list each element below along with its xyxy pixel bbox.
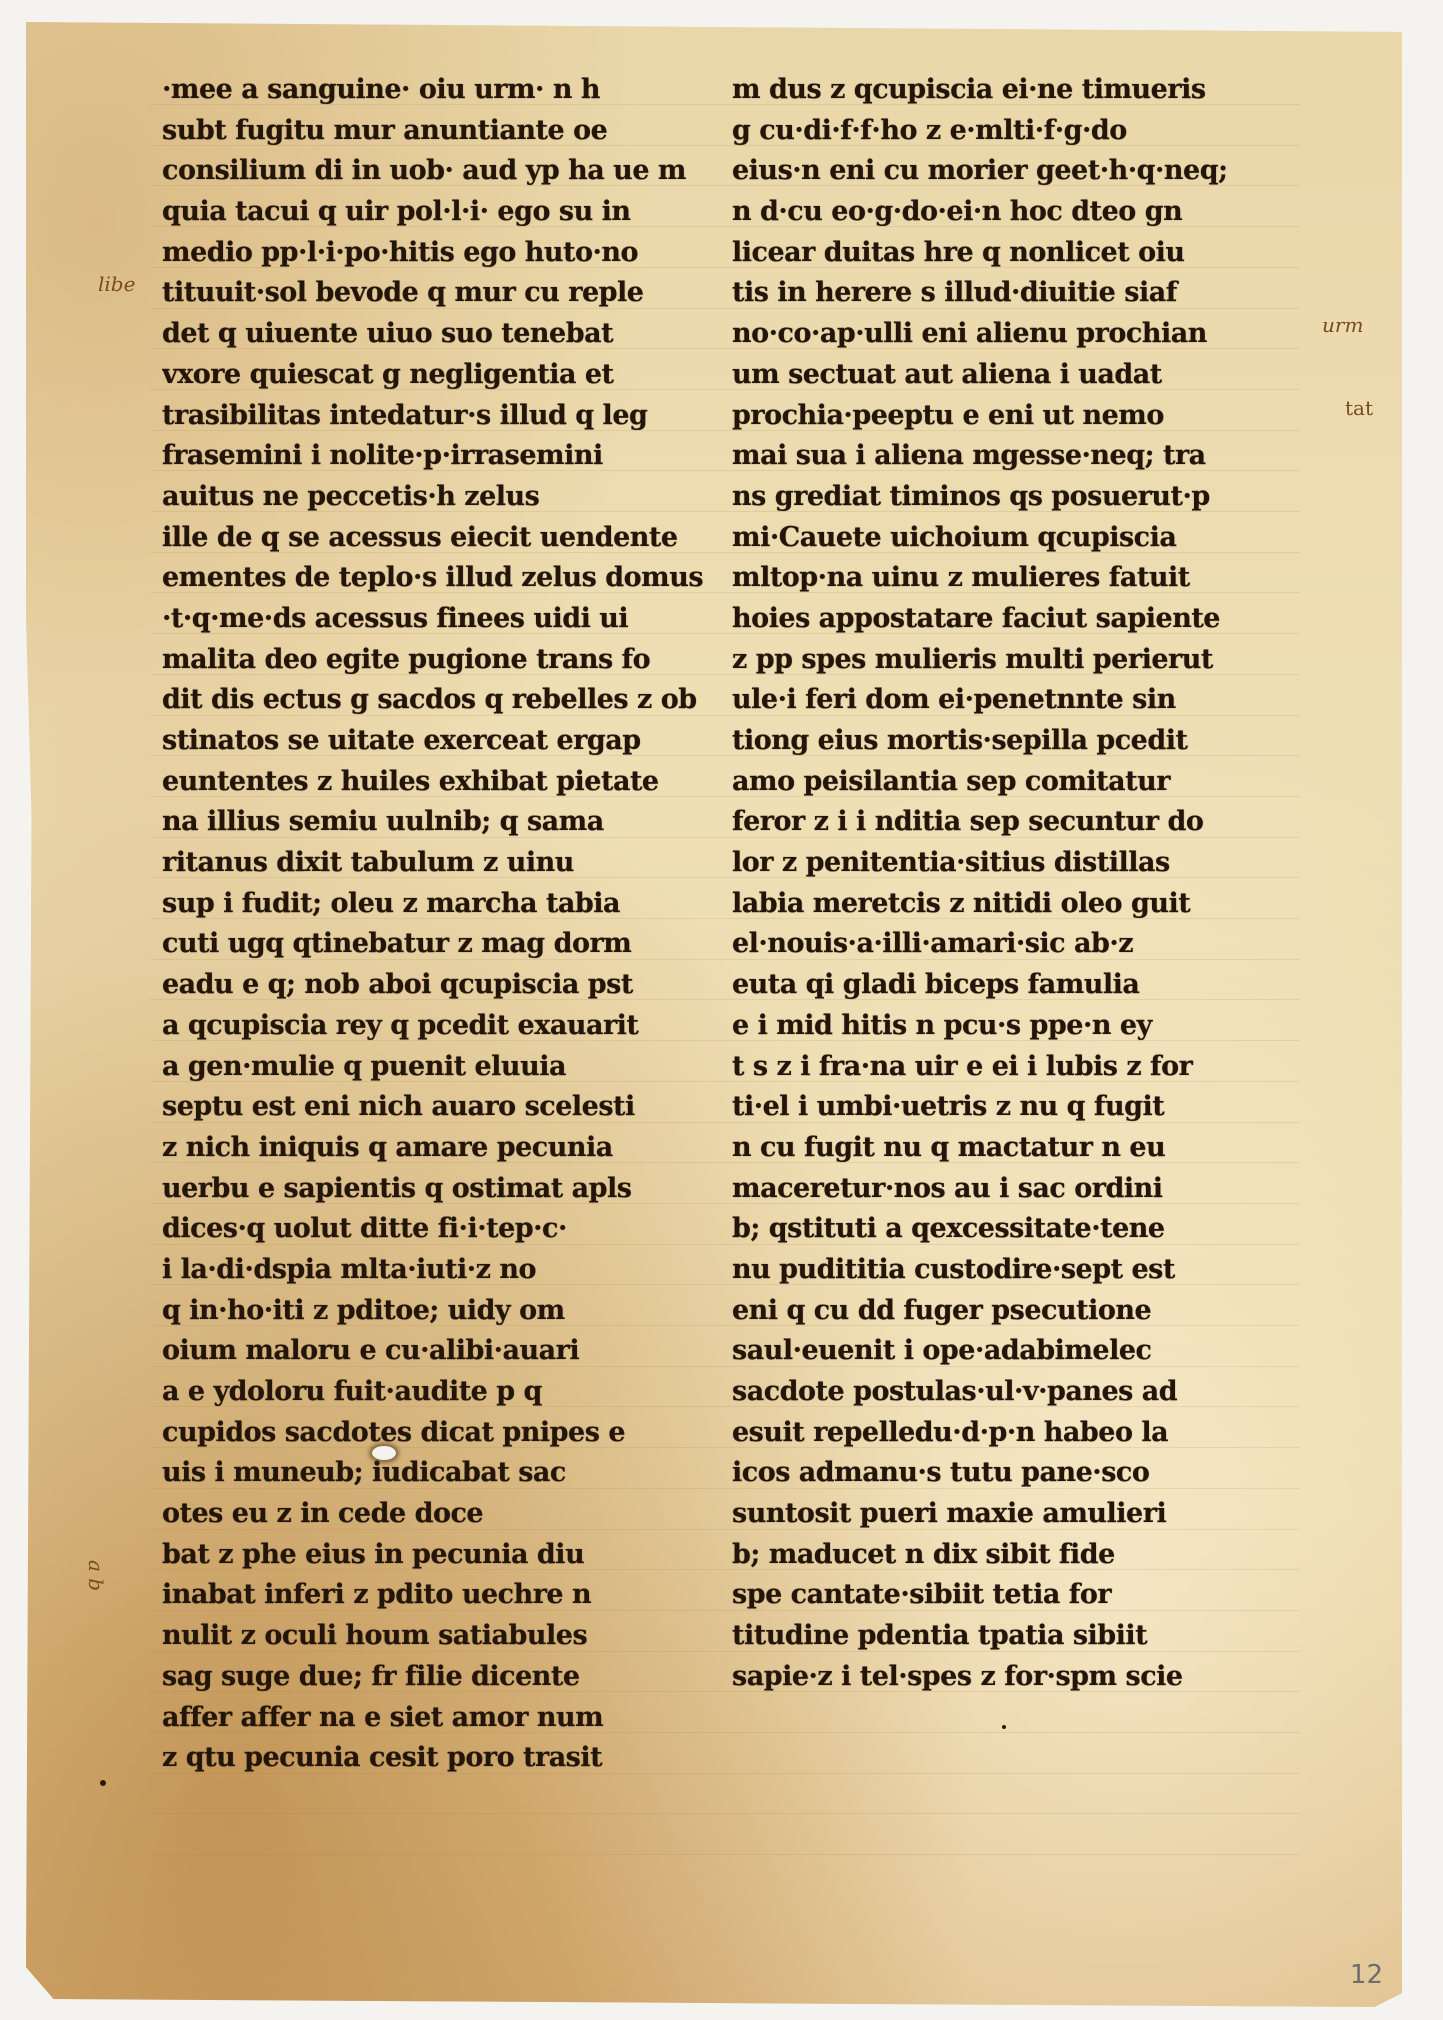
manuscript-line: icos admanu·s tutu pane·sco — [732, 1453, 1312, 1494]
manuscript-line: subt fugitu mur anuntiante oe — [162, 111, 722, 152]
ink-dot — [100, 1780, 106, 1786]
manuscript-line: sacdote postulas·ul·v·panes ad — [732, 1372, 1312, 1413]
manuscript-line: na illius semiu uulnib; q sama — [162, 802, 722, 843]
manuscript-line: b; qstituti a qexcessitate·tene — [732, 1209, 1312, 1250]
manuscript-line: sapie·z i tel·spes z for·spm scie — [732, 1657, 1312, 1698]
manuscript-line: mi·Cauete uichoium qcupiscia — [732, 518, 1312, 559]
manuscript-line: stinatos se uitate exerceat ergap — [162, 721, 722, 762]
manuscript-line: septu est eni nich auaro scelesti — [162, 1087, 722, 1128]
manuscript-line: inabat inferi z pdito uechre n — [162, 1575, 722, 1616]
manuscript-line: frasemini i nolite·p·irrasemini — [162, 436, 722, 477]
manuscript-line: ille de q se acessus eiecit uendente — [162, 518, 722, 559]
manuscript-line: licear duitas hre q nonlicet oiu — [732, 233, 1312, 274]
manuscript-line: bat z phe eius in pecunia diu — [162, 1535, 722, 1576]
manuscript-line: tituuit·sol bevode q mur cu reple — [162, 273, 722, 314]
manuscript-line: uis i muneub; iudicabat sac — [162, 1453, 722, 1494]
ink-dot — [1002, 1725, 1006, 1729]
manuscript-line: euntentes z huiles exhibat pietate — [162, 762, 722, 803]
manuscript-line: spe cantate·sibiit tetia for — [732, 1575, 1312, 1616]
manuscript-line: i la·di·dspia mlta·iuti·z no — [162, 1250, 722, 1291]
manuscript-line: lor z penitentia·sitius distillas — [732, 843, 1312, 884]
manuscript-line: el·nouis·a·illi·amari·sic ab·z — [732, 924, 1312, 965]
manuscript-line: saul·euenit i ope·adabimelec — [732, 1331, 1312, 1372]
manuscript-line: sup i fudit; oleu z marcha tabia — [162, 884, 722, 925]
manuscript-line: tiong eius mortis·sepilla pcedit — [732, 721, 1312, 762]
manuscript-line: maceretur·nos au i sac ordini — [732, 1169, 1312, 1210]
manuscript-line: labia meretcis z nitidi oleo guit — [732, 884, 1312, 925]
manuscript-line: eadu e q; nob aboi qcupiscia pst — [162, 965, 722, 1006]
manuscript-line: z qtu pecunia cesit poro trasit — [162, 1738, 722, 1779]
manuscript-line: quia tacui q uir pol·l·i· ego su in — [162, 192, 722, 233]
parchment-hole — [372, 1446, 396, 1460]
manuscript-line: hoies appostatare faciut sapiente — [732, 599, 1312, 640]
ruling-line — [150, 1813, 1300, 1814]
manuscript-line: z pp spes mulieris multi perierut — [732, 640, 1312, 681]
manuscript-line: cupidos sacdotes dicat pnipes e — [162, 1413, 722, 1454]
manuscript-line: z nich iniquis q amare pecunia — [162, 1128, 722, 1169]
manuscript-line: ule·i feri dom ei·penetnnte sin — [732, 680, 1312, 721]
manuscript-line: ·mee a sanguine· oiu urm· n h — [162, 70, 722, 111]
manuscript-line: consilium di in uob· aud yp ha ue m — [162, 151, 722, 192]
manuscript-line: n d·cu eo·g·do·ei·n hoc dteo gn — [732, 192, 1312, 233]
manuscript-line: a gen·mulie q puenit eluuia — [162, 1047, 722, 1088]
manuscript-line: uerbu e sapientis q ostimat apls — [162, 1169, 722, 1210]
manuscript-line: g cu·di·f·f·ho z e·mlti·f·g·do — [732, 111, 1312, 152]
manuscript-line: dit dis ectus g sacdos q rebelles z ob — [162, 680, 722, 721]
manuscript-line: eni q cu dd fuger psecutione — [732, 1291, 1312, 1332]
manuscript-line: a e ydoloru fuit·audite p q — [162, 1372, 722, 1413]
marginal-note-left-lower: a b — [84, 1560, 108, 1591]
text-column-left: ·mee a sanguine· oiu urm· n hsubt fugitu… — [162, 70, 722, 1779]
manuscript-line: dices·q uolut ditte fi·i·tep·c· — [162, 1209, 722, 1250]
text-column-right: m dus z qcupiscia ei·ne timuerisg cu·di·… — [732, 70, 1312, 1698]
manuscript-line: ·t·q·me·ds acessus finees uidi ui — [162, 599, 722, 640]
manuscript-line: medio pp·l·i·po·hitis ego huto·no — [162, 233, 722, 274]
manuscript-line: euta qi gladi biceps famulia — [732, 965, 1312, 1006]
manuscript-line: b; maducet n dix sibit fide — [732, 1535, 1312, 1576]
manuscript-line: a qcupiscia rey q pcedit exauarit — [162, 1006, 722, 1047]
manuscript-line: det q uiuente uiuo suo tenebat — [162, 314, 722, 355]
manuscript-line: q in·ho·iti z pditoe; uidy om — [162, 1291, 722, 1332]
manuscript-line: sag suge due; fr filie dicente — [162, 1657, 722, 1698]
manuscript-line: m dus z qcupiscia ei·ne timueris — [732, 70, 1312, 111]
marginal-note-right-2: tat — [1345, 396, 1373, 420]
manuscript-line: suntosit pueri maxie amulieri — [732, 1494, 1312, 1535]
manuscript-line: feror z i i nditia sep secuntur do — [732, 802, 1312, 843]
manuscript-line: ti·el i umbi·uetris z nu q fugit — [732, 1087, 1312, 1128]
manuscript-line: e i mid hitis n pcu·s ppe·n ey — [732, 1006, 1312, 1047]
manuscript-line: malita deo egite pugione trans fo — [162, 640, 722, 681]
marginal-note-left: libe — [98, 272, 135, 296]
manuscript-line: cuti ugq qtinebatur z mag dorm — [162, 924, 722, 965]
folio-number: 12 — [1350, 1960, 1383, 1990]
manuscript-line: affer affer na e siet amor num — [162, 1698, 722, 1739]
manuscript-line: mai sua i aliena mgesse·neq; tra — [732, 436, 1312, 477]
manuscript-line: nulit z oculi houm satiabules — [162, 1616, 722, 1657]
manuscript-line: mltop·na uinu z mulieres fatuit — [732, 558, 1312, 599]
manuscript-line: vxore quiescat g negligentia et — [162, 355, 722, 396]
manuscript-line: prochia·peeptu e eni ut nemo — [732, 396, 1312, 437]
manuscript-line: ementes de teplo·s illud zelus domus — [162, 558, 722, 599]
manuscript-line: no·co·ap·ulli eni alienu prochian — [732, 314, 1312, 355]
manuscript-line: oium maloru e cu·alibi·auari — [162, 1331, 722, 1372]
manuscript-line: tis in herere s illud·diuitie siaf — [732, 273, 1312, 314]
manuscript-line: esuit repelledu·d·p·n habeo la — [732, 1413, 1312, 1454]
manuscript-line: ritanus dixit tabulum z uinu — [162, 843, 722, 884]
ruling-line — [150, 1854, 1300, 1855]
manuscript-line: trasibilitas intedatur·s illud q leg — [162, 396, 722, 437]
manuscript-line: um sectuat aut aliena i uadat — [732, 355, 1312, 396]
manuscript-line: titudine pdentia tpatia sibiit — [732, 1616, 1312, 1657]
manuscript-line: nu pudititia custodire·sept est — [732, 1250, 1312, 1291]
manuscript-line: auitus ne peccetis·h zelus — [162, 477, 722, 518]
marginal-note-right: urm — [1322, 313, 1363, 337]
manuscript-line: n cu fugit nu q mactatur n eu — [732, 1128, 1312, 1169]
manuscript-line: ns grediat timinos qs posuerut·p — [732, 477, 1312, 518]
manuscript-line: amo peisilantia sep comitatur — [732, 762, 1312, 803]
manuscript-line: otes eu z in cede doce — [162, 1494, 722, 1535]
manuscript-line: t s z i fra·na uir e ei i lubis z for — [732, 1047, 1312, 1088]
manuscript-line: eius·n eni cu morier geet·h·q·neq; — [732, 151, 1312, 192]
